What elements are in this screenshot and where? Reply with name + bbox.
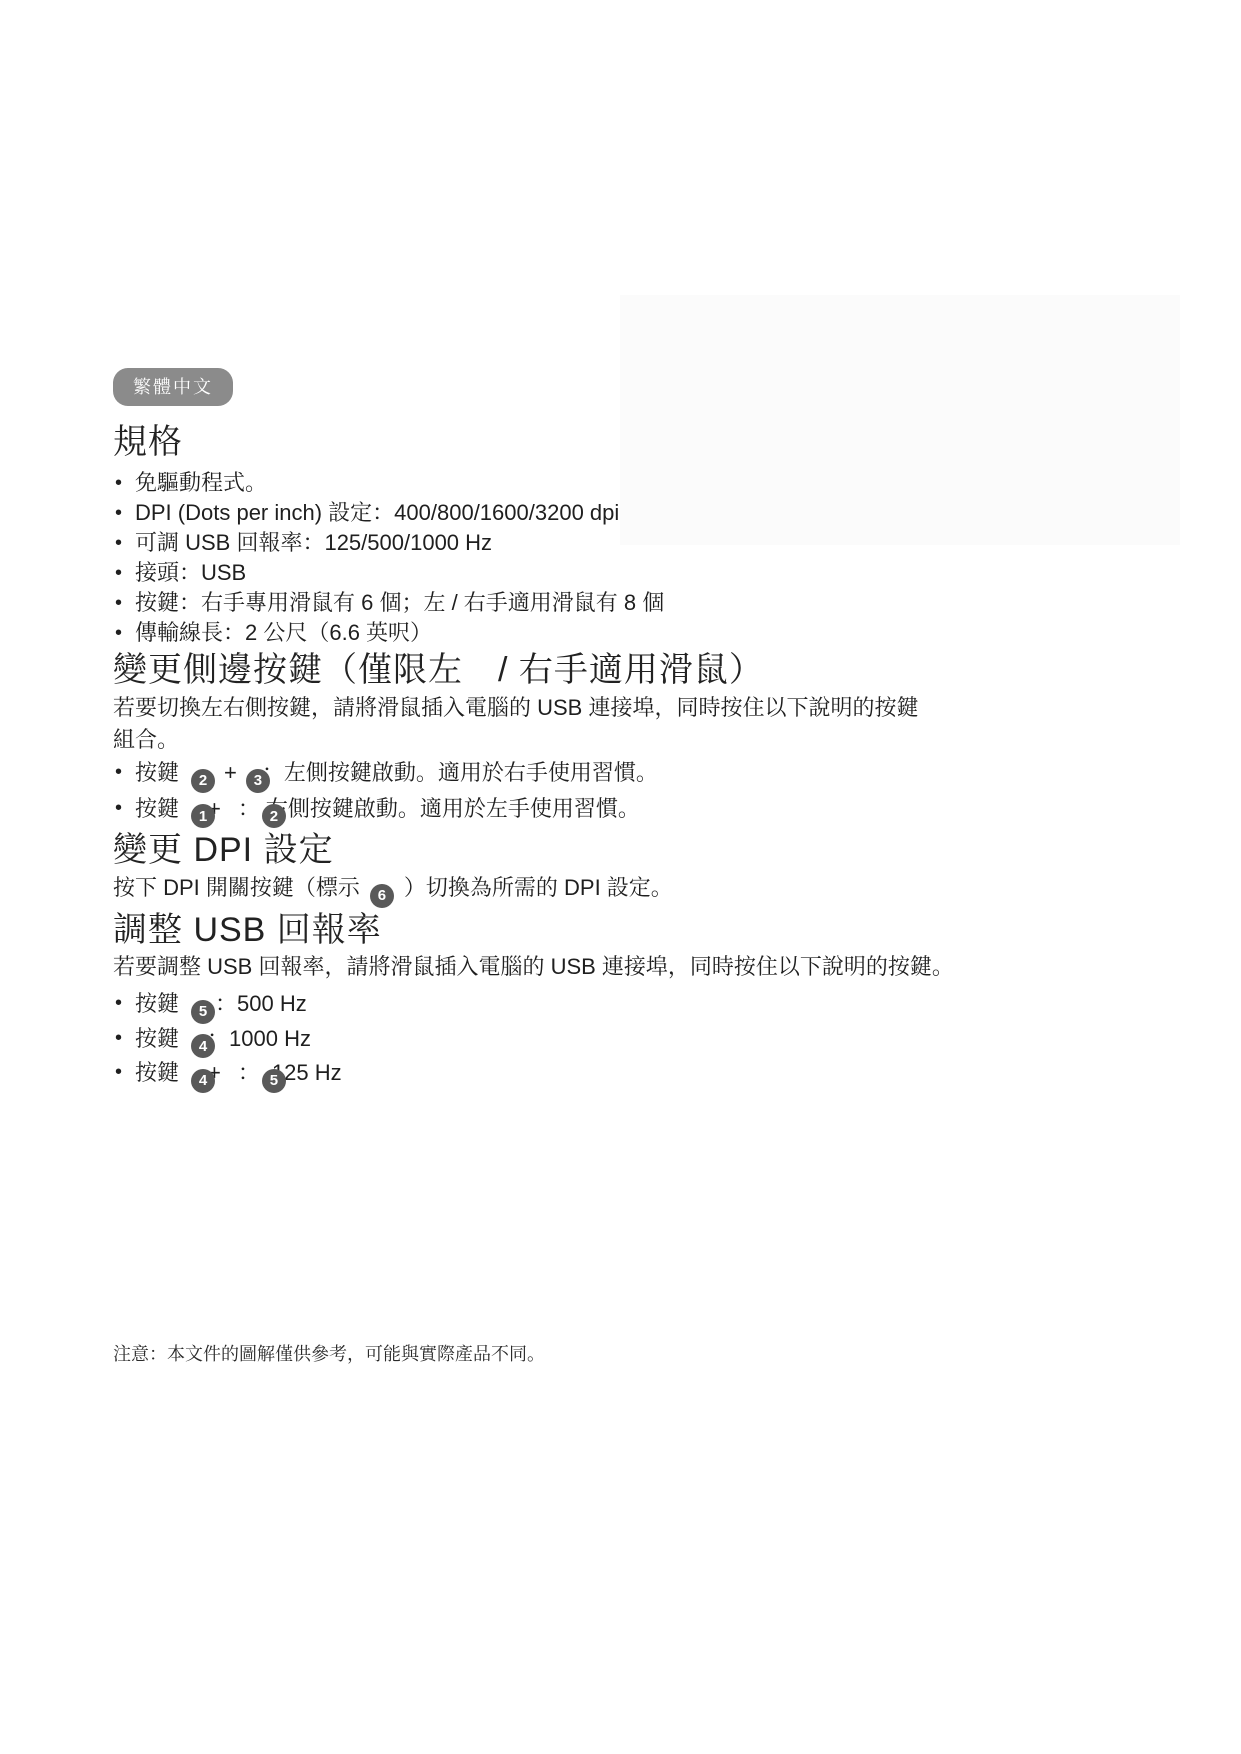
bullet-text: ：1000 Hz [207, 1026, 311, 1051]
usb-rate-list: 按鍵5：500 Hz 按鍵4：1000 Hz 按鍵4+：5125 Hz [113, 989, 1123, 1093]
side-buttons-intro-line1: 若要切換左右側按鍵，請將滑鼠插入電腦的 USB 連接埠，同時按住以下說明的按鍵 [113, 692, 1123, 724]
button-label: 按鍵 [135, 796, 179, 821]
list-item: 按鍵1+：2右側按鍵啟動。適用於左手使用習慣。 [113, 793, 1123, 829]
usb-rate-title: 調整 USB 回報率 [113, 908, 1123, 952]
list-item: 按鍵4：1000 Hz [113, 1024, 1123, 1059]
button-6-badge: 6 [370, 884, 394, 908]
button-2-badge: 2 [262, 804, 286, 828]
manual-page: 繁體中文 規格 免驅動程式。 DPI (Dots per inch) 設定：40… [0, 0, 1241, 1754]
usb-rate-intro: 若要調整 USB 回報率，請將滑鼠插入電腦的 USB 連接埠，同時按住以下說明的… [113, 952, 1123, 982]
side-buttons-title: 變更側邊按鍵（僅限左 / 右手適用滑鼠） [113, 648, 1123, 692]
bullet-text: 右側按鍵啟動。適用於左手使用習慣。 [266, 796, 640, 821]
list-item: 可調 USB 回報率：125/500/1000 Hz [113, 528, 1123, 558]
bullet-text: ：500 Hz [215, 991, 307, 1016]
colon: ： [238, 796, 260, 821]
side-buttons-list: 按鍵2+3：左側按鍵啟動。適用於右手使用習慣。 按鍵1+：2右側按鍵啟動。適用於… [113, 757, 1123, 828]
button-label: 按鍵 [135, 1060, 179, 1085]
list-item: DPI (Dots per inch) 設定：400/800/1600/3200… [113, 498, 1123, 528]
bullet-text: ：左側按鍵啟動。適用於右手使用習慣。 [262, 760, 658, 785]
side-buttons-intro-line2: 組合。 [113, 724, 1123, 756]
list-item: 按鍵4+：5125 Hz [113, 1058, 1123, 1093]
button-5-badge: 5 [262, 1069, 286, 1093]
button-label: 按鍵 [135, 1026, 179, 1051]
list-item: 免驅動程式。 [113, 468, 1123, 498]
dpi-instruction: 按下 DPI 開關按鍵（標示6）切換為所需的 DPI 設定。 [113, 872, 1123, 908]
language-badge: 繁體中文 [113, 368, 233, 406]
button-2-badge: 2 [191, 769, 215, 793]
specs-title: 規格 [113, 420, 1123, 464]
button-5-badge: 5 [191, 1000, 215, 1024]
page-content: 繁體中文 規格 免驅動程式。 DPI (Dots per inch) 設定：40… [113, 368, 1123, 1093]
list-item: 按鍵：右手專用滑鼠有 6 個；左 / 右手適用滑鼠有 8 個 [113, 588, 1123, 618]
dpi-text-post: ）切換為所需的 DPI 設定。 [404, 875, 673, 900]
button-label: 按鍵 [135, 760, 179, 785]
dpi-text-pre: 按下 DPI 開關按鍵（標示 [113, 875, 360, 900]
button-3-badge: 3 [246, 769, 270, 793]
list-item: 接頭：USB [113, 558, 1123, 588]
button-4-badge: 4 [191, 1069, 215, 1093]
dpi-title: 變更 DPI 設定 [113, 828, 1123, 872]
button-4-badge: 4 [191, 1034, 215, 1058]
button-label: 按鍵 [135, 991, 179, 1016]
note-text: 注意：本文件的圖解僅供參考，可能與實際產品不同。 [113, 1341, 545, 1367]
colon: ： [238, 1060, 260, 1085]
button-1-badge: 1 [191, 804, 215, 828]
plus-sign: + [224, 760, 237, 785]
list-item: 按鍵5：500 Hz [113, 989, 1123, 1024]
list-item: 傳輸線長：2 公尺（6.6 英呎） [113, 618, 1123, 648]
spec-list: 免驅動程式。 DPI (Dots per inch) 設定：400/800/16… [113, 468, 1123, 648]
list-item: 按鍵2+3：左側按鍵啟動。適用於右手使用習慣。 [113, 757, 1123, 793]
